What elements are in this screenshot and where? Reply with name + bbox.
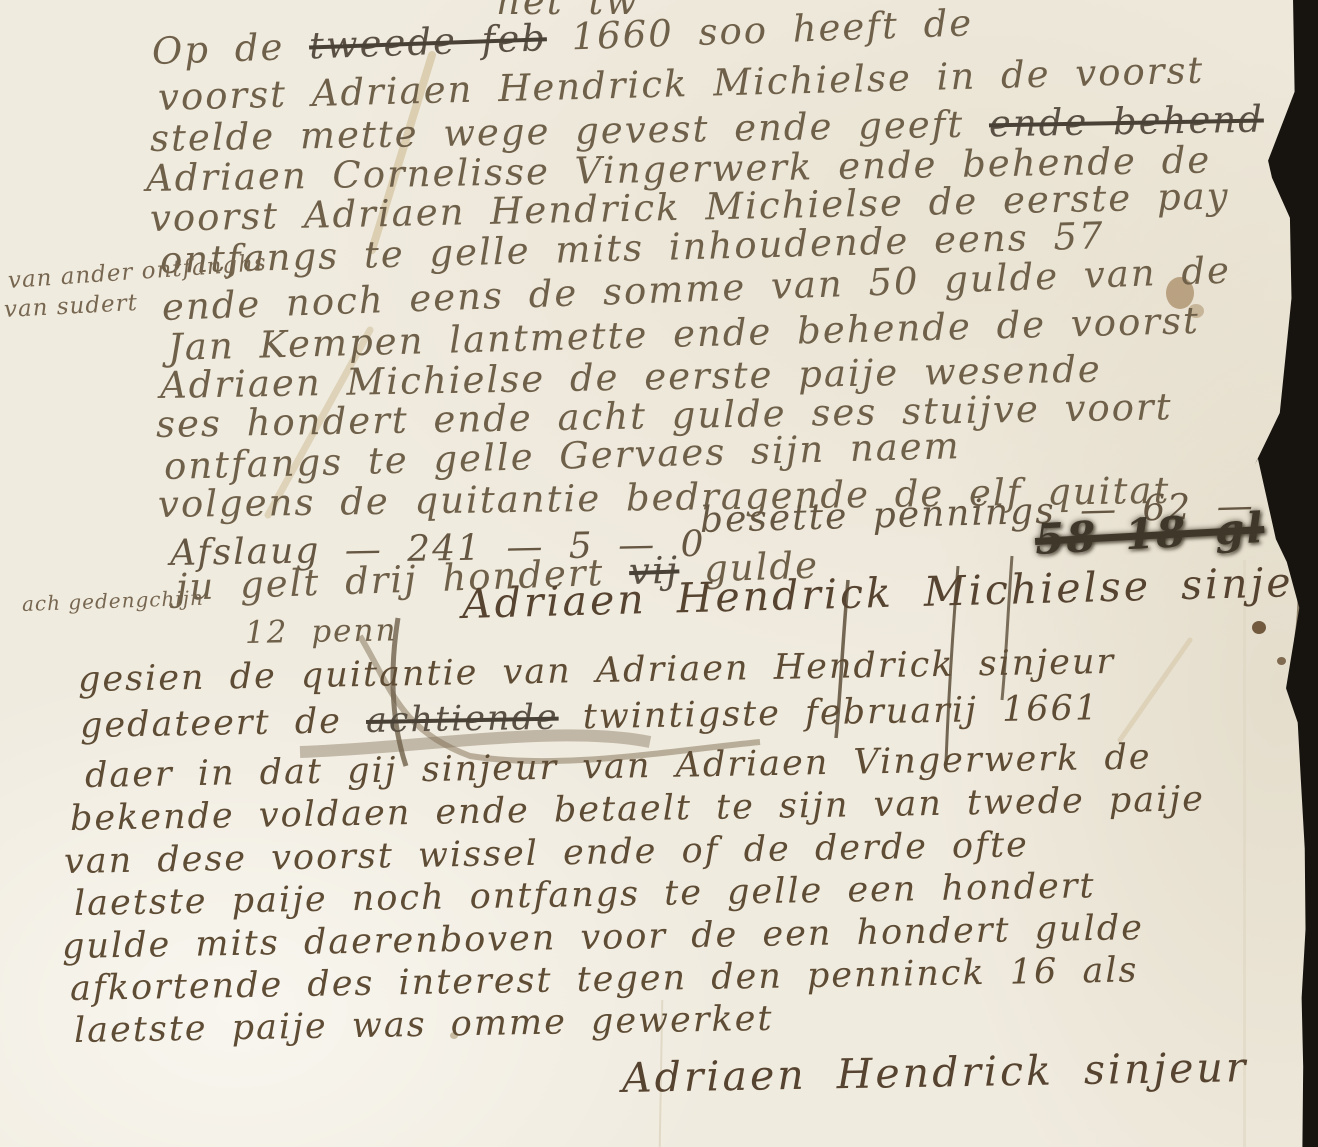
signature-bottom-text: Adriaen Hendrick sinjeur	[622, 1043, 1249, 1102]
pen-line-text: 12 penn	[245, 612, 398, 651]
margin-note-2-text: van sudert	[3, 290, 138, 323]
p2-line-2-struck: achtiende	[366, 698, 559, 741]
ink-blot-small	[1277, 657, 1286, 665]
p2-line-2-after: twintigste februarij 1661	[558, 688, 1099, 737]
line-3-struck-text: ende behend	[989, 98, 1265, 146]
margin-note-sudert: van sudert	[3, 290, 138, 323]
signature-adriaen-hendrick: Adriaen Hendrick sinjeur	[622, 1043, 1249, 1102]
margin-note-3-text: ach gedengchijn	[22, 586, 205, 616]
pen-line: 12 penn	[245, 612, 398, 651]
margin-note-gedengchijn: ach gedengchijn	[22, 586, 205, 616]
ink-blot-large	[1252, 621, 1266, 634]
paper-scratch-right	[1120, 640, 1190, 740]
line-1-struck-text: tweede feb	[308, 16, 547, 67]
p2-line-2-text: gedateert de	[80, 701, 367, 746]
line-1-text: Op de	[151, 25, 310, 73]
manuscript-page: het tw Op de tweede feb 1660 soo heeft d…	[0, 0, 1318, 1147]
